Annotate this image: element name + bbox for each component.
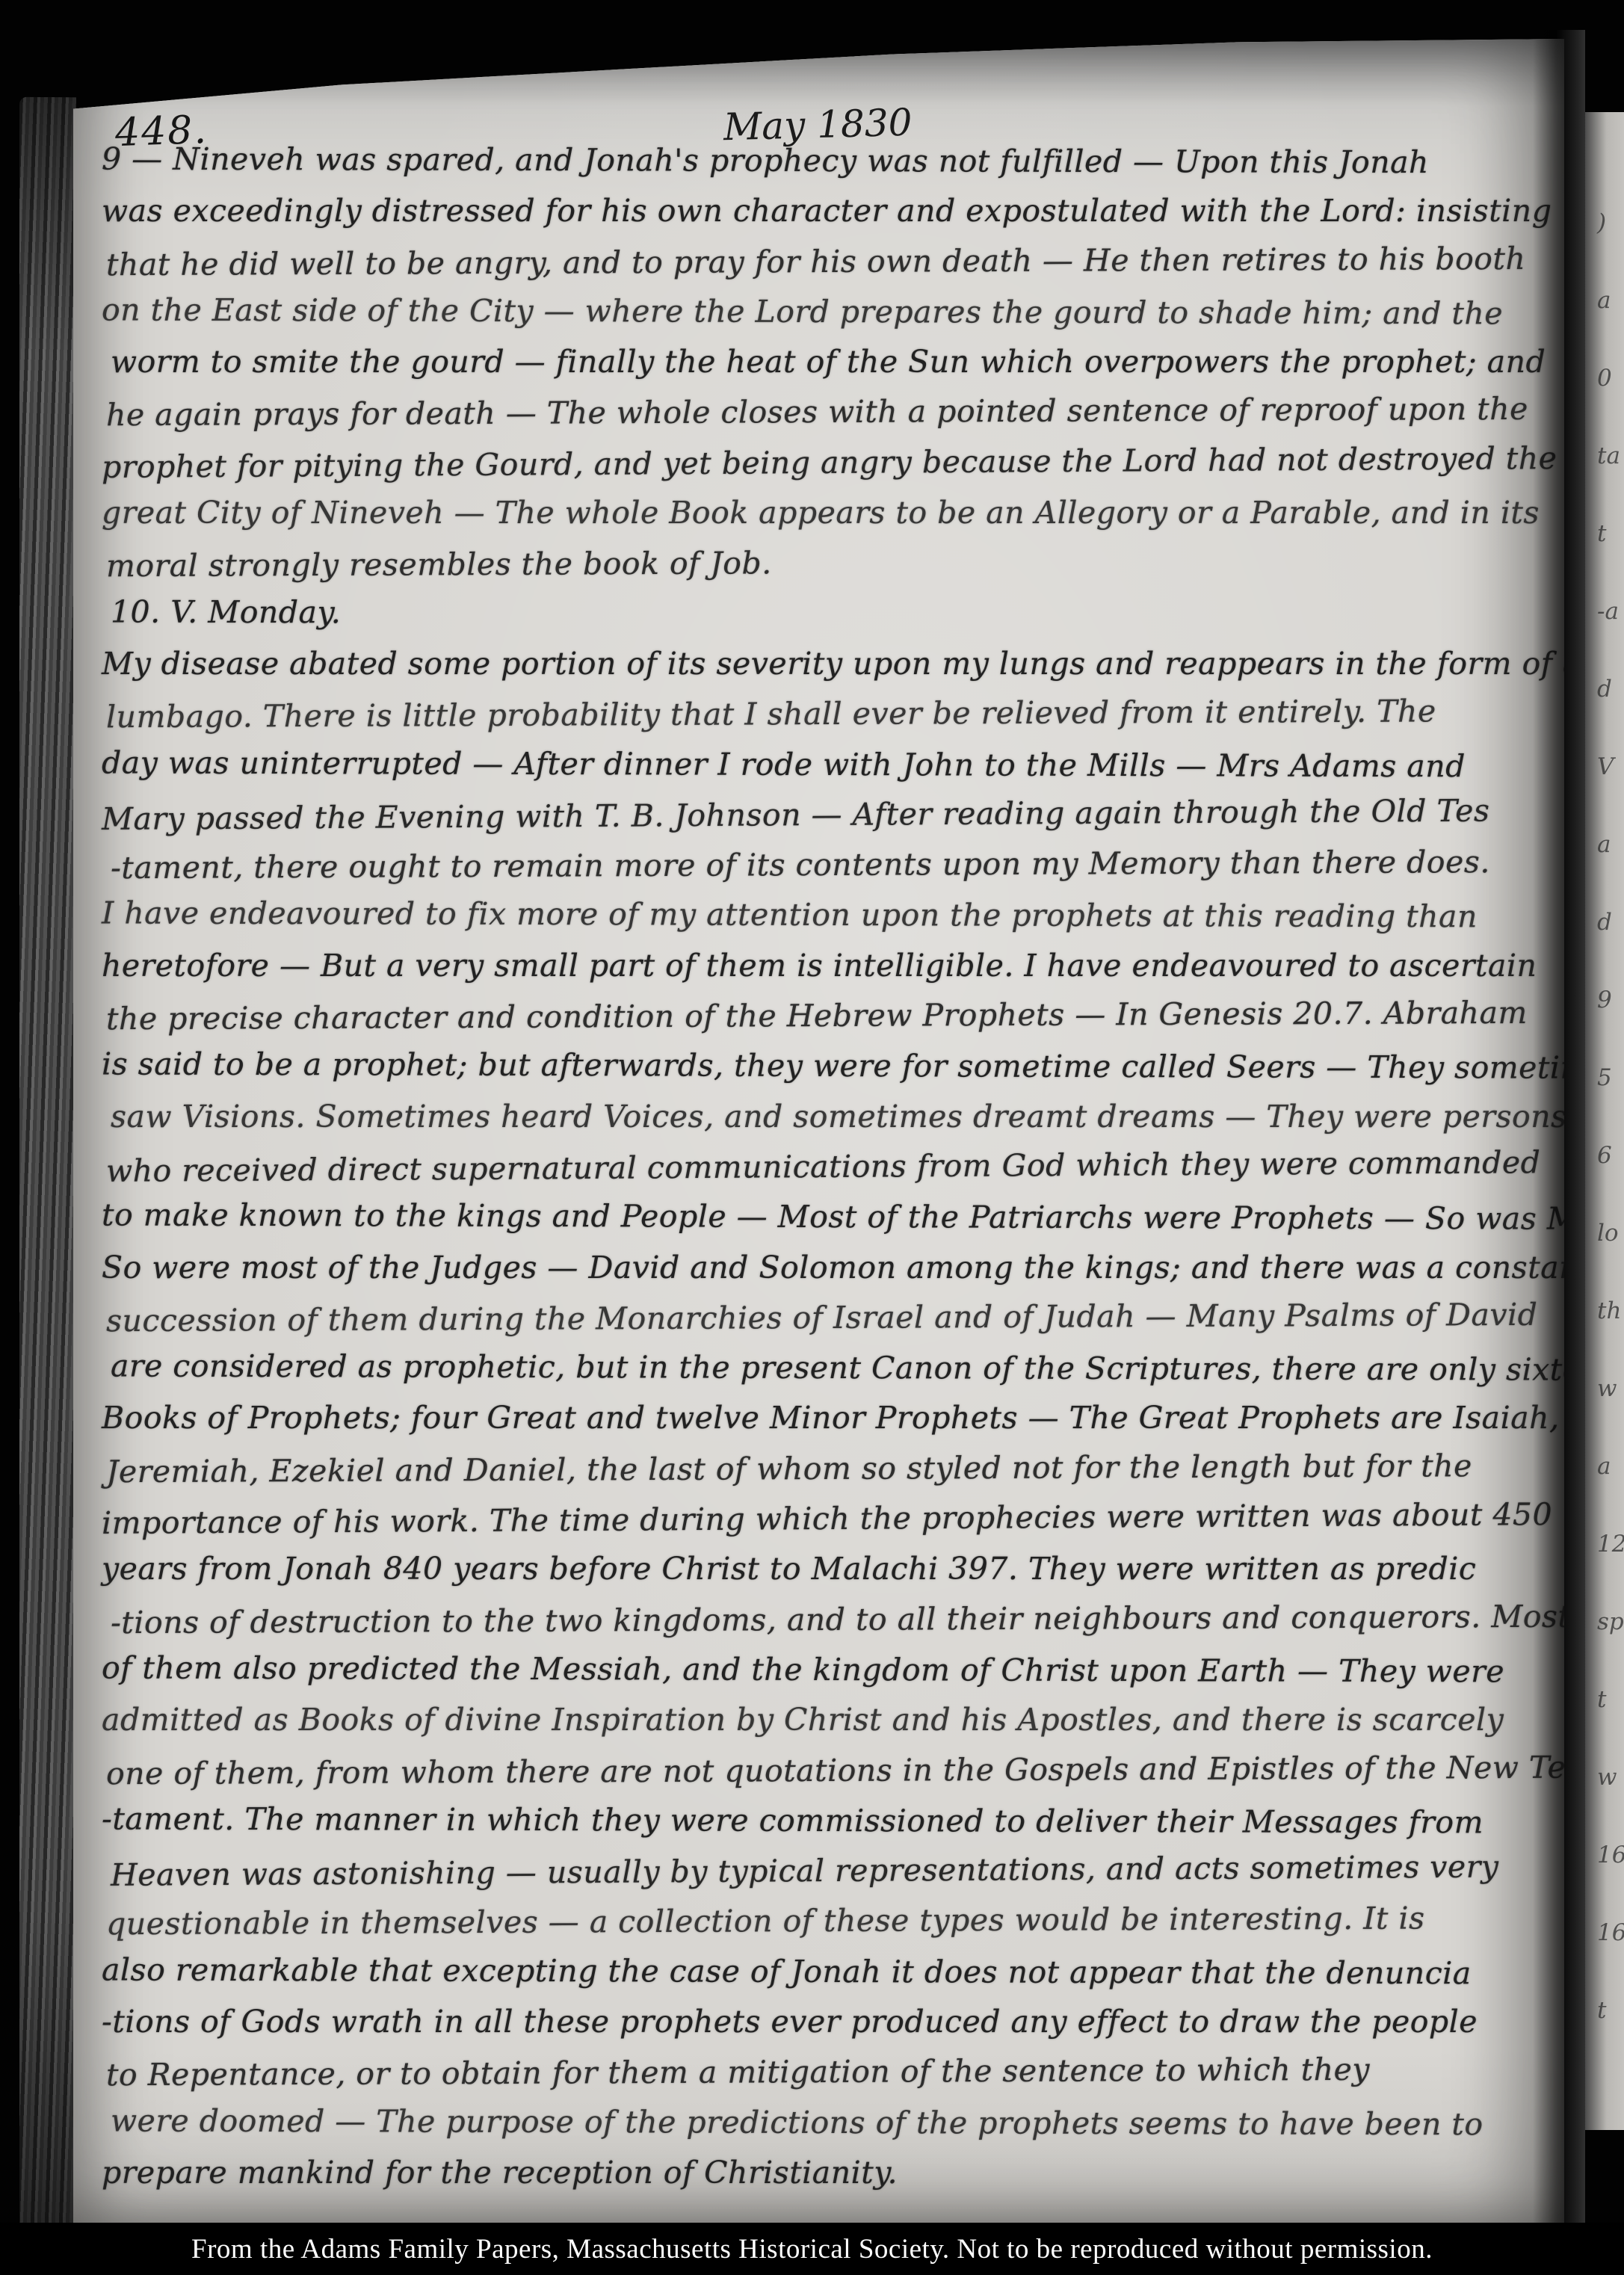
handwritten-line: of them also predicted the Messiah, and … [102,1643,1544,1697]
handwritten-line: -tament, there ought to remain more of i… [111,837,1544,894]
facing-page-text-fragment: 9 [1585,987,1624,1064]
facing-page-text-fragment: t [1585,520,1624,598]
handwritten-line: is said to be a prophet; but afterwards,… [102,1040,1544,1093]
facing-page-text-fragment: 16 [1585,1919,1624,1997]
facing-page-text-fragment: ta [1585,442,1624,520]
handwritten-line: -tament. The manner in which they were c… [102,1794,1544,1848]
facing-page-text-fragment: 6 [1585,1142,1624,1220]
handwritten-line: admitted as Books of divine Inspiration … [102,1695,1544,1745]
handwritten-line: I have endeavoured to fix more of my att… [102,889,1544,942]
handwritten-line: who received direct supernatural communi… [106,1137,1544,1197]
facing-page-text-fragment: ) [1585,209,1624,287]
handwritten-text: 9 — Nineveh was spared, and Jonah's prop… [102,136,1544,2198]
handwritten-line: were doomed — The purpose of the predict… [111,2096,1544,2149]
handwritten-line: to make known to the kings and People — … [102,1191,1544,1244]
facing-page-text-fragment: th [1585,1297,1624,1375]
facing-page-text-fragment: d [1585,676,1624,753]
handwritten-line: he again prays for death — The whole clo… [106,384,1544,441]
facing-page-text-fragment: a [1585,1453,1624,1531]
handwritten-line: -tions of destruction to the two kingdom… [111,1591,1544,1648]
handwritten-line: are considered as prophetic, but in the … [111,1342,1544,1395]
handwritten-line: day was uninterrupted — After dinner I r… [102,738,1544,791]
handwritten-line: was exceedingly distressed for his own c… [102,186,1544,236]
facing-page-text-fragment: w [1585,1375,1624,1453]
handwritten-line: one of them, from whom there are not quo… [106,1742,1544,1799]
handwritten-line: that he did well to be angry, and to pra… [106,233,1544,290]
facing-page-text-fragment: t [1585,1686,1624,1764]
facing-page-text-fragment: lo [1585,1220,1624,1297]
facing-page-text-fragment: d [1585,909,1624,987]
facing-page-text-fragment: t [1585,1997,1624,2075]
facing-page-text-fragment: 0 [1585,365,1624,442]
handwritten-line: Jeremiah, Ezekiel and Daniel, the last o… [106,1441,1544,1498]
handwritten-line: great City of Nineveh — The whole Book a… [102,488,1544,538]
facing-page-text-fragment: 5 [1585,1064,1624,1142]
handwritten-line: 9 — Nineveh was spared, and Jonah's prop… [102,134,1544,188]
book-binding-edge [19,97,76,2232]
handwritten-line: My disease abated some portion of its se… [102,639,1544,689]
handwritten-line: years from Jonah 840 years before Christ… [102,1544,1544,1594]
handwritten-line: moral strongly resembles the book of Job… [106,535,1544,592]
handwritten-line: 10. V. Monday. [111,587,1544,640]
caption-text: From the Adams Family Papers, Massachuse… [191,2233,1433,2265]
handwritten-line: lumbago. There is little probability tha… [106,686,1544,743]
handwritten-line: prophet for pitying the Gourd, and yet b… [102,433,1544,493]
handwritten-line: So were most of the Judges — David and S… [102,1243,1544,1293]
handwritten-line: -tions of Gods wrath in all these prophe… [102,1997,1544,2047]
facing-page-text-fragment: a [1585,287,1624,365]
handwritten-line: heretofore — But a very small part of th… [102,941,1544,991]
manuscript-scan: 448. May 1830 9 — Nineveh was spared, an… [0,0,1624,2275]
handwritten-line: questionable in themselves — a collectio… [106,1893,1544,1950]
facing-page-text-fragment: 16 [1585,1842,1624,1919]
handwritten-line: worm to smite the gourd — finally the he… [111,337,1544,387]
handwritten-line: on the East side of the City — where the… [102,285,1544,339]
handwritten-line: succession of them during the Monarchies… [106,1290,1544,1347]
facing-page-text-fragment: 12 [1585,1531,1624,1608]
handwritten-line: also remarkable that excepting the case … [102,1945,1544,1998]
caption-bar: From the Adams Family Papers, Massachuse… [0,2223,1624,2275]
handwritten-line: to Repentance, or to obtain for them a m… [106,2044,1544,2101]
handwritten-line: importance of his work. The time during … [102,1490,1544,1549]
facing-page-text-fragment: w [1585,1764,1624,1842]
diary-page: 448. May 1830 9 — Nineveh was spared, an… [73,39,1564,2225]
handwritten-line: Books of Prophets; four Great and twelve… [102,1393,1544,1443]
handwritten-line: the precise character and condition of t… [106,988,1544,1045]
facing-page-sliver: )a0tat-adVad956lothwa12sptw1616t [1585,112,1624,2130]
handwritten-line: Mary passed the Evening with T. B. Johns… [102,785,1544,845]
facing-page-text-fragment: -a [1585,598,1624,676]
facing-page-text-fragment: a [1585,831,1624,909]
handwritten-line: Heaven was astonishing — usually by typi… [111,1842,1544,1901]
handwritten-line: saw Visions. Sometimes heard Voices, and… [111,1092,1544,1142]
facing-page-text-fragment: V [1585,753,1624,831]
handwritten-line: prepare mankind for the reception of Chr… [102,2148,1544,2198]
facing-page-text-fragment: sp [1585,1608,1624,1686]
gutter-shadow [1533,30,1585,2235]
